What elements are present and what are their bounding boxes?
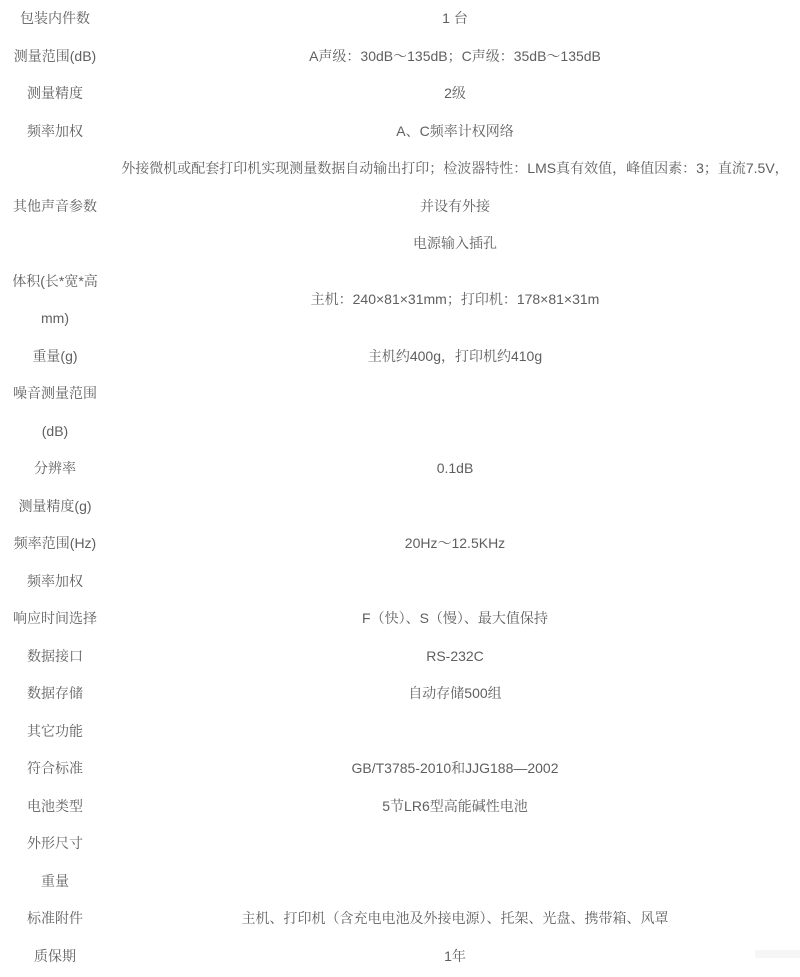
- spec-label: 频率加权: [0, 563, 110, 601]
- table-row: 其它功能: [0, 713, 800, 751]
- spec-label: 标准附件: [0, 900, 110, 938]
- spec-label: 测量精度(g): [0, 488, 110, 526]
- spec-label: 数据存储: [0, 675, 110, 713]
- table-row: 响应时间选择F（快）、S（慢）、最大值保持: [0, 600, 800, 638]
- spec-label: 体积(长*宽*高 mm): [0, 263, 110, 338]
- spec-value: 20Hz～12.5KHz: [110, 525, 800, 563]
- table-row: 频率范围(Hz)20Hz～12.5KHz: [0, 525, 800, 563]
- spec-value: 主机约400g，打印机约410g: [110, 338, 800, 376]
- spec-value: F（快）、S（慢）、最大值保持: [110, 600, 800, 638]
- table-row: 测量精度(g): [0, 488, 800, 526]
- table-row: 频率加权: [0, 563, 800, 601]
- table-row: 标准附件主机、打印机（含充电电池及外接电源）、托架、光盘、携带箱、风罩: [0, 900, 800, 938]
- bottom-right-artifact: [755, 950, 800, 958]
- table-row: 频率加权A、C频率计权网络: [0, 113, 800, 151]
- table-row: 测量精度2级: [0, 75, 800, 113]
- spec-label: 符合标准: [0, 750, 110, 788]
- table-row: 数据存储自动存储500组: [0, 675, 800, 713]
- table-row: 分辨率0.1dB: [0, 450, 800, 488]
- spec-label: 噪音测量范围 (dB): [0, 375, 110, 450]
- spec-value: 主机：240×81×31mm；打印机：178×81×31m: [110, 281, 800, 319]
- spec-label: 电池类型: [0, 788, 110, 826]
- table-row: 符合标准GB/T3785-2010和JJG188—2002: [0, 750, 800, 788]
- spec-table: 包装内件数1 台测量范围(dB)A声级：30dB～135dB；C声级：35dB～…: [0, 0, 800, 975]
- spec-label: 数据接口: [0, 638, 110, 676]
- table-row: 测量范围(dB)A声级：30dB～135dB；C声级：35dB～135dB: [0, 38, 800, 76]
- spec-value: A、C频率计权网络: [110, 113, 800, 151]
- spec-label: 重量: [0, 863, 110, 901]
- table-row: 重量: [0, 863, 800, 901]
- table-row: 质保期1年: [0, 938, 800, 976]
- spec-value: 0.1dB: [110, 450, 800, 488]
- spec-value: RS-232C: [110, 638, 800, 676]
- spec-value: GB/T3785-2010和JJG188—2002: [110, 750, 800, 788]
- spec-label: 重量(g): [0, 338, 110, 376]
- spec-value: 5节LR6型高能碱性电池: [110, 788, 800, 826]
- spec-value: 2级: [110, 75, 800, 113]
- table-row: 其他声音参数外接微机或配套打印机实现测量数据自动输出打印；检波器特性：LMS真有…: [0, 150, 800, 263]
- spec-label: 测量范围(dB): [0, 38, 110, 76]
- spec-label: 响应时间选择: [0, 600, 110, 638]
- spec-value: 自动存储500组: [110, 675, 800, 713]
- spec-label: 外形尺寸: [0, 825, 110, 863]
- table-row: 电池类型5节LR6型高能碱性电池: [0, 788, 800, 826]
- spec-value: A声级：30dB～135dB；C声级：35dB～135dB: [110, 38, 800, 76]
- spec-label: 频率范围(Hz): [0, 525, 110, 563]
- spec-label: 测量精度: [0, 75, 110, 113]
- spec-label: 包装内件数: [0, 0, 110, 38]
- table-row: 外形尺寸: [0, 825, 800, 863]
- spec-label: 频率加权: [0, 113, 110, 151]
- spec-value: 主机、打印机（含充电电池及外接电源）、托架、光盘、携带箱、风罩: [110, 900, 800, 938]
- table-row: 数据接口RS-232C: [0, 638, 800, 676]
- spec-value: 1年: [110, 938, 800, 976]
- spec-label: 其他声音参数: [0, 188, 110, 226]
- table-row: 噪音测量范围 (dB): [0, 375, 800, 450]
- table-row: 体积(长*宽*高 mm)主机：240×81×31mm；打印机：178×81×31…: [0, 263, 800, 338]
- spec-value: 1 台: [110, 0, 800, 38]
- table-row: 重量(g)主机约400g，打印机约410g: [0, 338, 800, 376]
- spec-label: 分辨率: [0, 450, 110, 488]
- spec-value: 外接微机或配套打印机实现测量数据自动输出打印；检波器特性：LMS真有效值，峰值因…: [110, 150, 800, 263]
- spec-label: 其它功能: [0, 713, 110, 751]
- spec-label: 质保期: [0, 938, 110, 976]
- table-row: 包装内件数1 台: [0, 0, 800, 38]
